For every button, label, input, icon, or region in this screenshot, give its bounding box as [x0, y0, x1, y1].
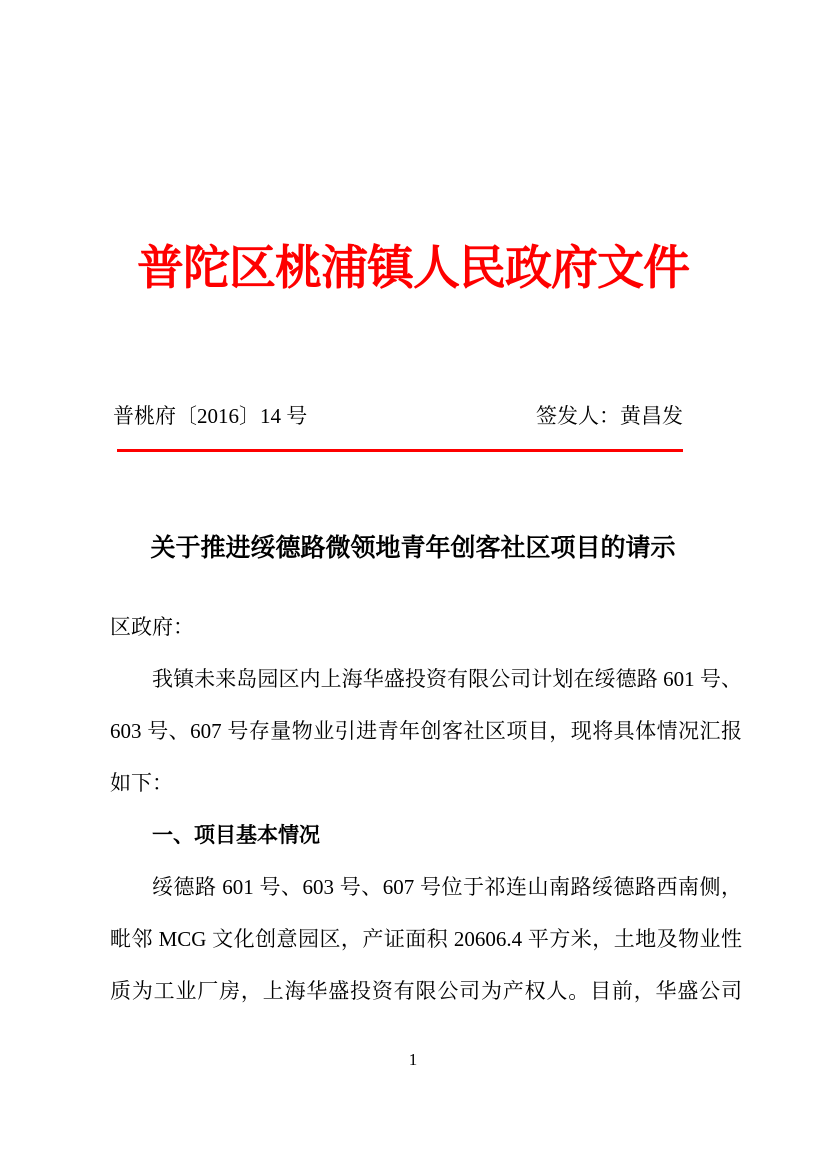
body-line: 603 号、607 号存量物业引进青年创客社区项目，现将具体情况汇报 — [110, 705, 742, 757]
body-section-heading: 一、项目基本情况 — [110, 809, 742, 861]
body-line: 我镇未来岛园区内上海华盛投资有限公司计划在绥德路 601 号、 — [110, 653, 742, 705]
agency-header-title: 普陀区桃浦镇人民政府文件 — [0, 244, 826, 296]
doc-number: 普桃府〔2016〕14 号 — [113, 403, 307, 429]
body-line: 如下： — [110, 757, 742, 809]
red-divider-line — [117, 449, 683, 452]
body-line: 绥德路 601 号、603 号、607 号位于祁连山南路绥德路西南侧， — [110, 861, 742, 913]
page-number: 1 — [0, 1048, 826, 1072]
doc-meta-row: 普桃府〔2016〕14 号 签发人：黄昌发 — [113, 403, 683, 429]
document-title: 关于推进绥德路微领地青年创客社区项目的请示 — [0, 534, 826, 564]
document-body: 区政府： 我镇未来岛园区内上海华盛投资有限公司计划在绥德路 601 号、 603… — [110, 601, 742, 1017]
signer-line: 签发人：黄昌发 — [536, 403, 683, 429]
body-line: 毗邻 MCG 文化创意园区，产证面积 20606.4 平方米，土地及物业性 — [110, 913, 742, 965]
body-line: 质为工业厂房，上海华盛投资有限公司为产权人。目前，华盛公司 — [110, 965, 742, 1017]
body-line-salutation: 区政府： — [110, 601, 742, 653]
document-page: 普陀区桃浦镇人民政府文件 普桃府〔2016〕14 号 签发人：黄昌发 关于推进绥… — [0, 0, 826, 1169]
